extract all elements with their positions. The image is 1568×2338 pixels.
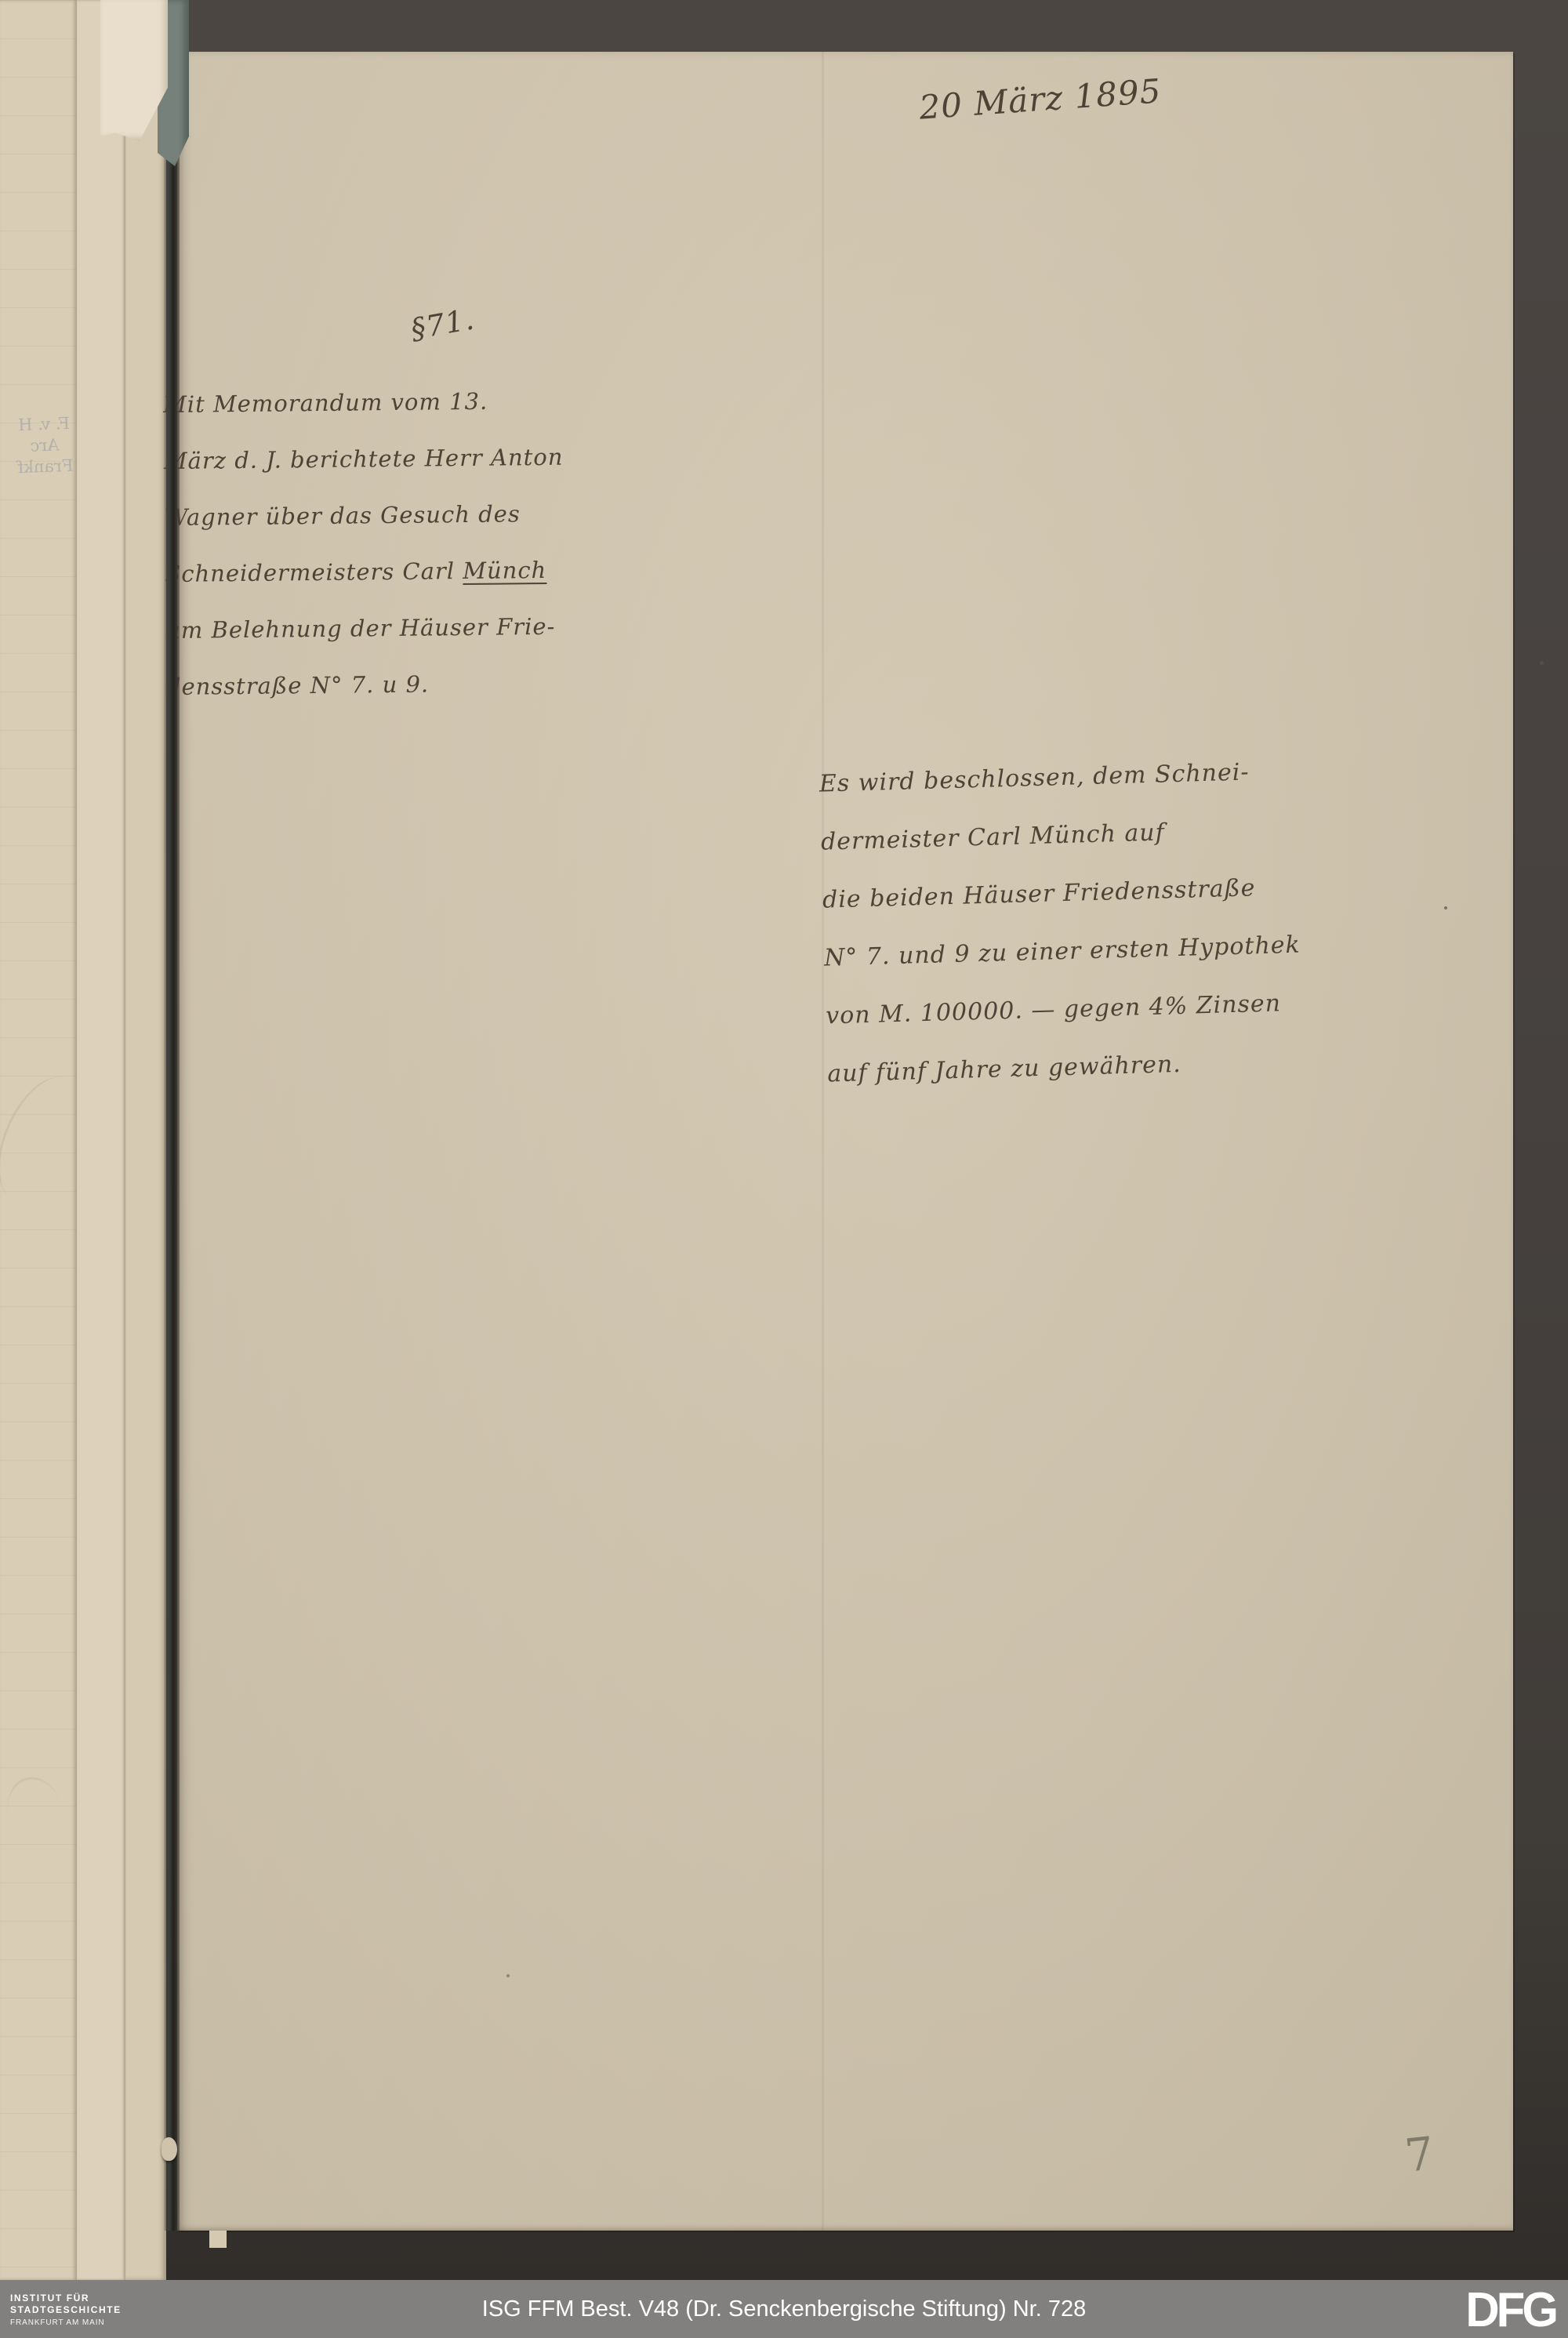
margin-note-line: Schneidermeisters Carl Münch (165, 543, 471, 602)
paper-speck (1444, 906, 1447, 909)
bleedthrough-line: Arc (2, 434, 89, 458)
resolution-note: Es wird beschlossen, dem Schnei- dermeis… (818, 737, 1479, 1103)
underlined-name: Münch (463, 557, 546, 584)
archive-reference: ISG FFM Best. V48 (Dr. Senckenbergische … (0, 2280, 1568, 2338)
margin-note-line: März d. J. berichtete Herr Anton (164, 430, 470, 489)
paper-speck (506, 1974, 510, 1977)
paper-stack-layer (77, 0, 125, 2280)
binding-thread-knot (162, 2137, 177, 2161)
manuscript-page: 20 März 1895 §71. Mit Memorandum vom 13.… (177, 52, 1513, 2231)
margin-note-line: um Belehnung der Häuser Frie- (165, 599, 472, 659)
margin-note-line: Mit Memorandum vom 13. (163, 373, 470, 433)
margin-note: Mit Memorandum vom 13. März d. J. berich… (163, 373, 473, 715)
binding-gutter-shadow (164, 0, 180, 2231)
paper-tab (209, 2231, 227, 2248)
bleedthrough-line: Frankf (2, 455, 89, 479)
paper-speck (1540, 661, 1544, 665)
margin-note-line: Wagner über das Gesuch des (164, 486, 470, 546)
bleedthrough-line: F. v. H (1, 412, 88, 437)
page-crease (822, 52, 824, 2231)
page-number-pencil: 7 (1403, 2126, 1437, 2182)
dfg-logo: DFG (1465, 2282, 1555, 2338)
bleedthrough-stamp: F. v. H Arc Frankf (1, 412, 89, 479)
margin-note-line: densstraße N° 7. u 9. (166, 655, 473, 715)
paper-stack-layer (125, 0, 166, 2280)
archive-footer-bar: INSTITUT FÜR STADTGESCHICHTE FRANKFURT A… (0, 2280, 1568, 2338)
margin-note-text: Schneidermeisters Carl (165, 557, 463, 587)
archive-scan-viewer: F. v. H Arc Frankf 20 März 1895 §71. Mit… (0, 0, 1568, 2338)
